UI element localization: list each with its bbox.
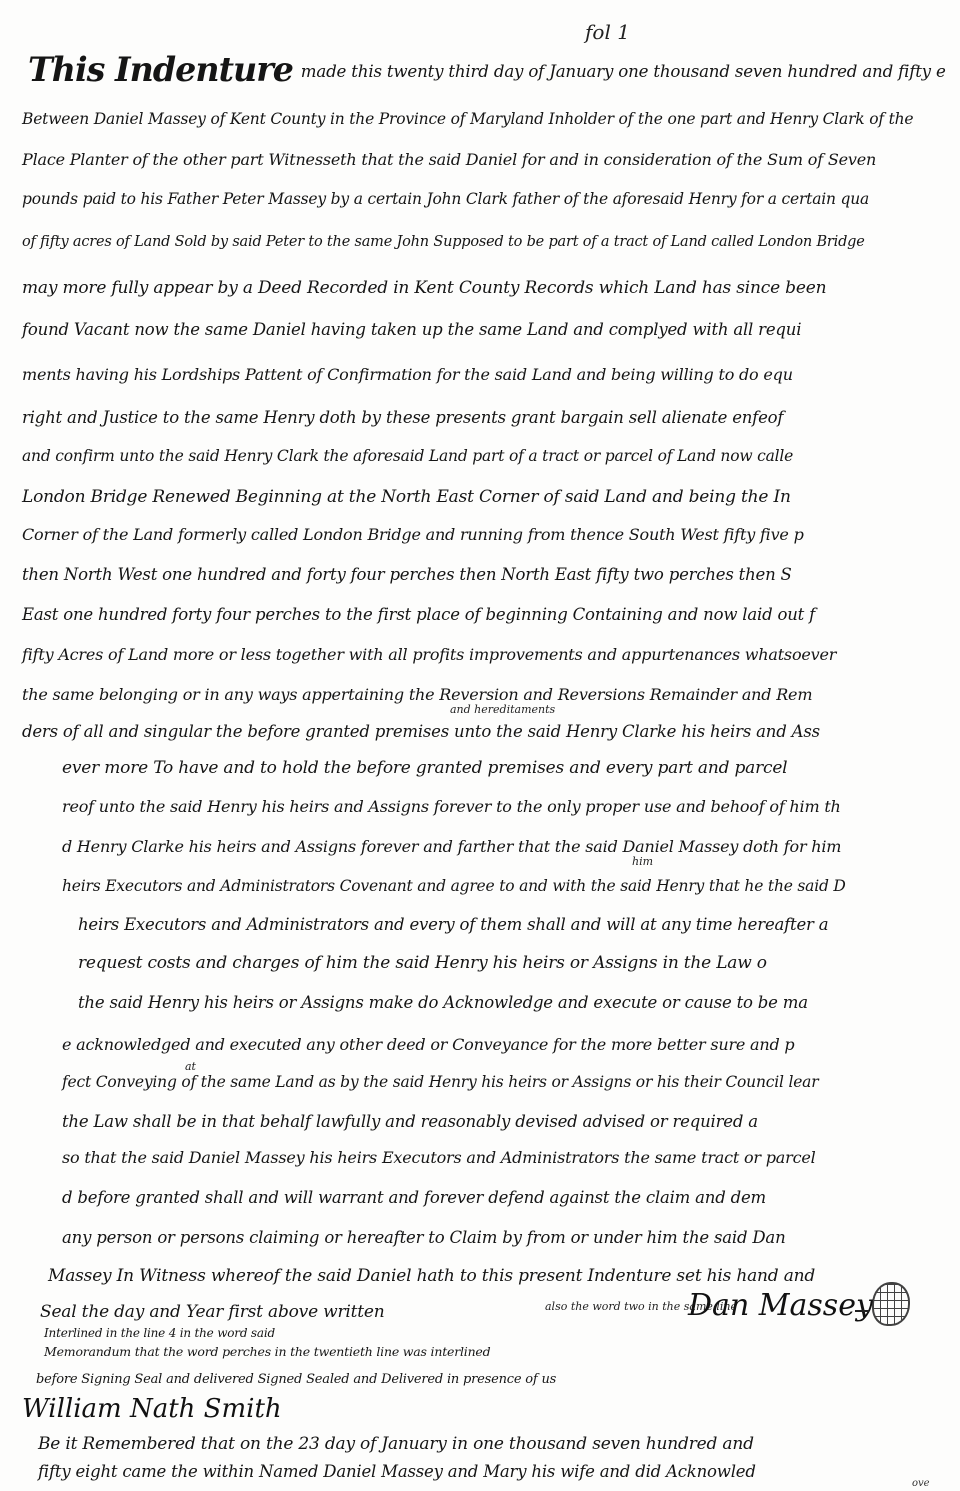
deed-line: London Bridge Renewed Beginning at the N…	[22, 487, 791, 507]
deed-line: d Henry Clarke his heirs and Assigns for…	[62, 837, 841, 856]
deed-line: Seal the day and Year first above writte…	[40, 1302, 385, 1322]
deed-line: ments having his Lordships Pattent of Co…	[22, 365, 793, 384]
interlined-note: Interlined in the line 4 in the word sai…	[44, 1326, 275, 1340]
deed-line: may more fully appear by a Deed Recorded…	[22, 278, 826, 298]
deed-line: Corner of the Land formerly called Londo…	[22, 525, 804, 544]
deed-line: then North West one hundred and forty fo…	[22, 565, 792, 584]
deed-line: Between Daniel Massey of Kent County in …	[22, 110, 913, 128]
interlineation: him	[632, 855, 653, 868]
deed-line: and confirm unto the said Henry Clark th…	[22, 447, 793, 465]
deed-line-1: This Indenturemade this twenty third day…	[28, 50, 946, 90]
deed-line: fect Conveying of the same Land as by th…	[62, 1073, 818, 1091]
deed-line: reof unto the said Henry his heirs and A…	[62, 797, 841, 816]
deed-line: e acknowledged and executed any other de…	[62, 1035, 794, 1054]
deed-line: found Vacant now the same Daniel having …	[22, 320, 801, 339]
signature-dash	[855, 1310, 869, 1312]
deed-line: of fifty acres of Land Sold by said Pete…	[22, 234, 865, 250]
deed-line: right and Justice to the same Henry doth…	[22, 408, 783, 427]
indenture-heading: This Indenture	[28, 50, 293, 90]
deed-page: fol 1 This Indenturemade this twenty thi…	[0, 0, 960, 1491]
deed-line: request costs and charges of him the sai…	[78, 953, 767, 973]
deed-line: the said Henry his heirs or Assigns make…	[78, 993, 808, 1012]
deed-line: Massey In Witness whereof the said Danie…	[48, 1266, 815, 1286]
memorandum-note: Memorandum that the word perches in the …	[44, 1344, 490, 1359]
deed-line: ders of all and singular the before gran…	[22, 722, 820, 741]
deed-line: heirs Executors and Administrators and e…	[78, 915, 828, 934]
attestation-line: before Signing Seal and delivered Signed…	[36, 1372, 556, 1387]
witness-signatures: William Nath Smith	[22, 1394, 282, 1424]
seal-mark-icon	[872, 1282, 910, 1326]
deed-line: d before granted shall and will warrant …	[62, 1188, 766, 1207]
acknowledgment-line: Be it Remembered that on the 23 day of J…	[38, 1434, 754, 1454]
deed-line: East one hundred forty four perches to t…	[22, 605, 815, 624]
acknowledgment-line: fifty eight came the within Named Daniel…	[38, 1462, 756, 1481]
deed-line: ever more To have and to hold the before…	[62, 758, 787, 778]
deed-line: any person or persons claiming or hereaf…	[62, 1228, 786, 1247]
deed-line: the Law shall be in that behalf lawfully…	[62, 1112, 758, 1131]
folio-number: fol 1	[585, 20, 630, 44]
deed-line: fifty Acres of Land more or less togethe…	[22, 645, 836, 664]
deed-line: the same belonging or in any ways appert…	[22, 685, 812, 704]
deed-line: Place Planter of the other part Witnesse…	[22, 150, 876, 169]
interlineation: and hereditaments	[450, 703, 555, 716]
corner-note: ove	[912, 1478, 930, 1489]
deed-line: so that the said Daniel Massey his heirs…	[62, 1148, 816, 1167]
deed-line: heirs Executors and Administrators Coven…	[62, 877, 846, 895]
deed-line: pounds paid to his Father Peter Massey b…	[22, 190, 869, 208]
interlineation: at	[185, 1060, 196, 1073]
grantor-signature: Dan Massey	[688, 1288, 873, 1323]
